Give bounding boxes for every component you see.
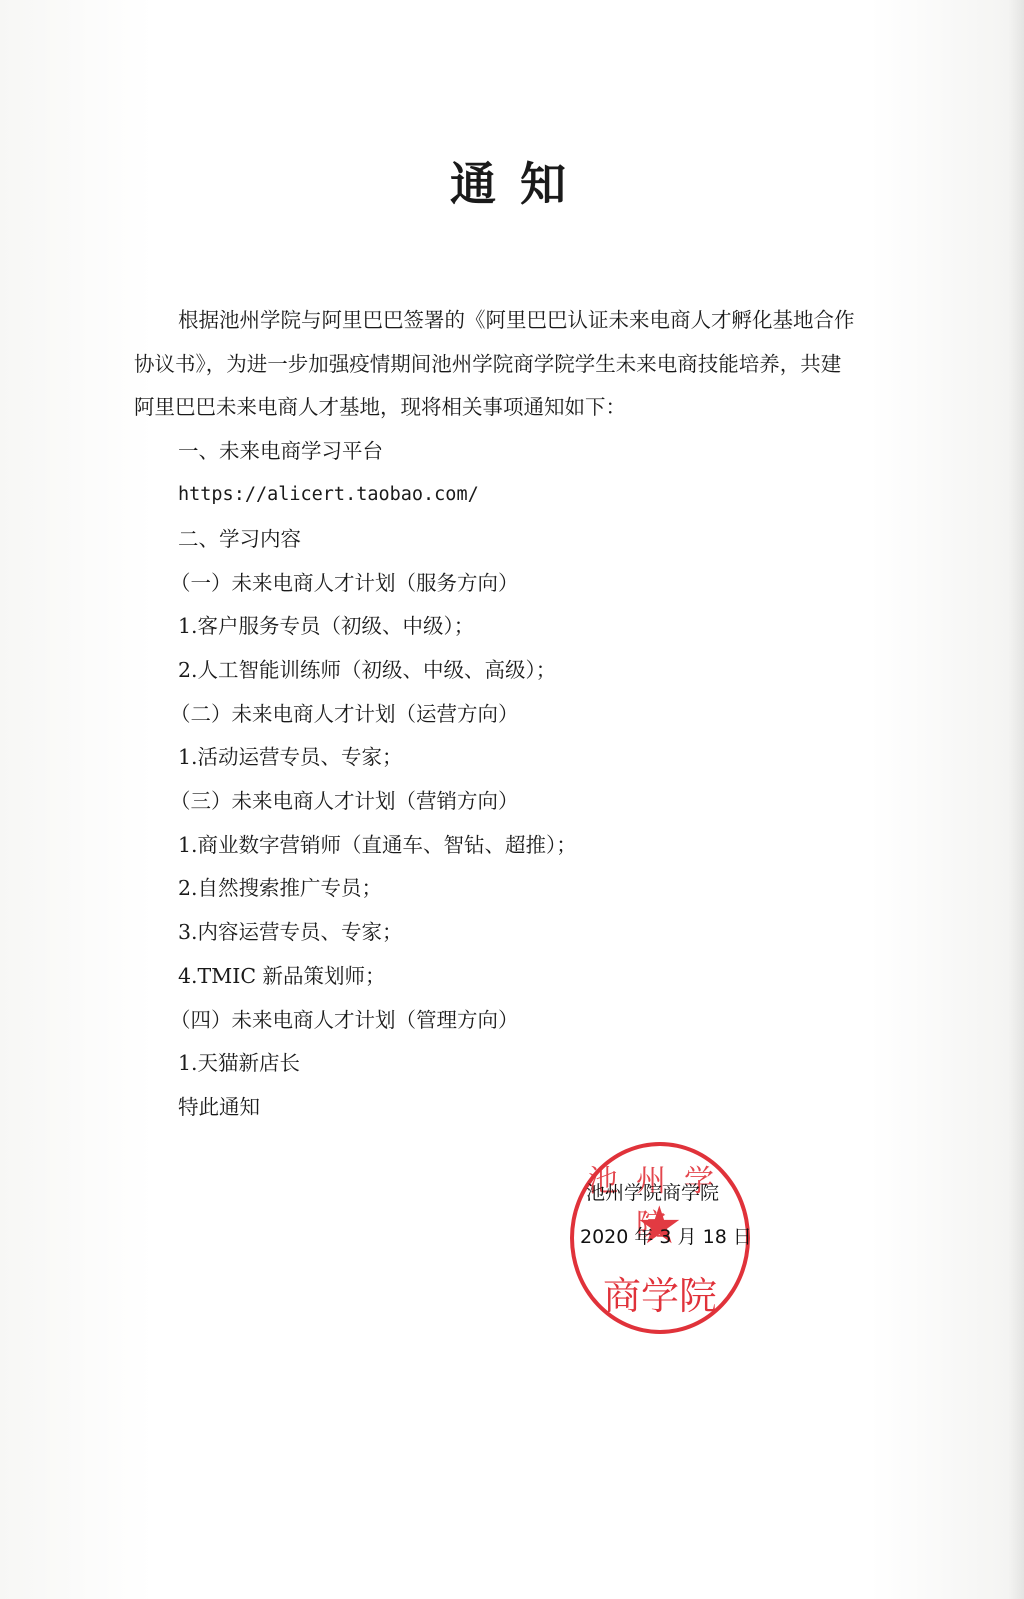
page-edge-shadow [1008,0,1024,1599]
section-2-heading: 二、学习内容 [178,525,301,553]
group-3-item-1: 1.商业数字营销师（直通车、智钻、超推）； [178,831,577,859]
document-page: 通知 根据池州学院与阿里巴巴签署的《阿里巴巴认证未来电商人才孵化基地合作 协议书… [0,0,1024,1599]
group-3-heading: （三）未来电商人才计划（营销方向） [170,787,519,815]
group-4-item-1: 1.天猫新店长 [178,1049,300,1077]
closing-text: 特此通知 [178,1093,260,1121]
intro-line-2: 协议书》，为进一步加强疫情期间池州学院商学院学生未来电商技能培养，共建 [134,350,841,378]
issue-date: 2020 年 3 月 18 日 [580,1222,752,1249]
document-title: 通知 [0,148,1024,214]
group-3-item-4: 4.TMIC 新品策划师； [178,962,386,990]
group-1-heading: （一）未来电商人才计划（服务方向） [170,569,519,597]
group-2-heading: （二）未来电商人才计划（运营方向） [170,700,519,728]
group-1-item-1: 1.客户服务专员（初级、中级）； [178,612,474,640]
section-1-heading: 一、未来电商学习平台 [178,437,383,465]
issuer-name: 池州学院商学院 [586,1178,719,1205]
group-4-heading: （四）未来电商人才计划（管理方向） [170,1006,519,1034]
platform-url[interactable]: https://alicert.taobao.com/ [178,481,479,509]
group-3-item-2: 2.自然搜索推广专员； [178,874,382,902]
group-3-item-3: 3.内容运营专员、专家； [178,918,403,946]
group-1-item-2: 2.人工智能训练师（初级、中级、高级）； [178,656,556,684]
intro-line-1: 根据池州学院与阿里巴巴签署的《阿里巴巴认证未来电商人才孵化基地合作 [178,306,855,334]
group-2-item-1: 1.活动运营专员、专家； [178,743,403,771]
seal-bottom-text: 商学院 [574,1265,746,1320]
intro-line-3: 阿里巴巴未来电商人才基地，现将相关事项通知如下： [134,393,626,421]
